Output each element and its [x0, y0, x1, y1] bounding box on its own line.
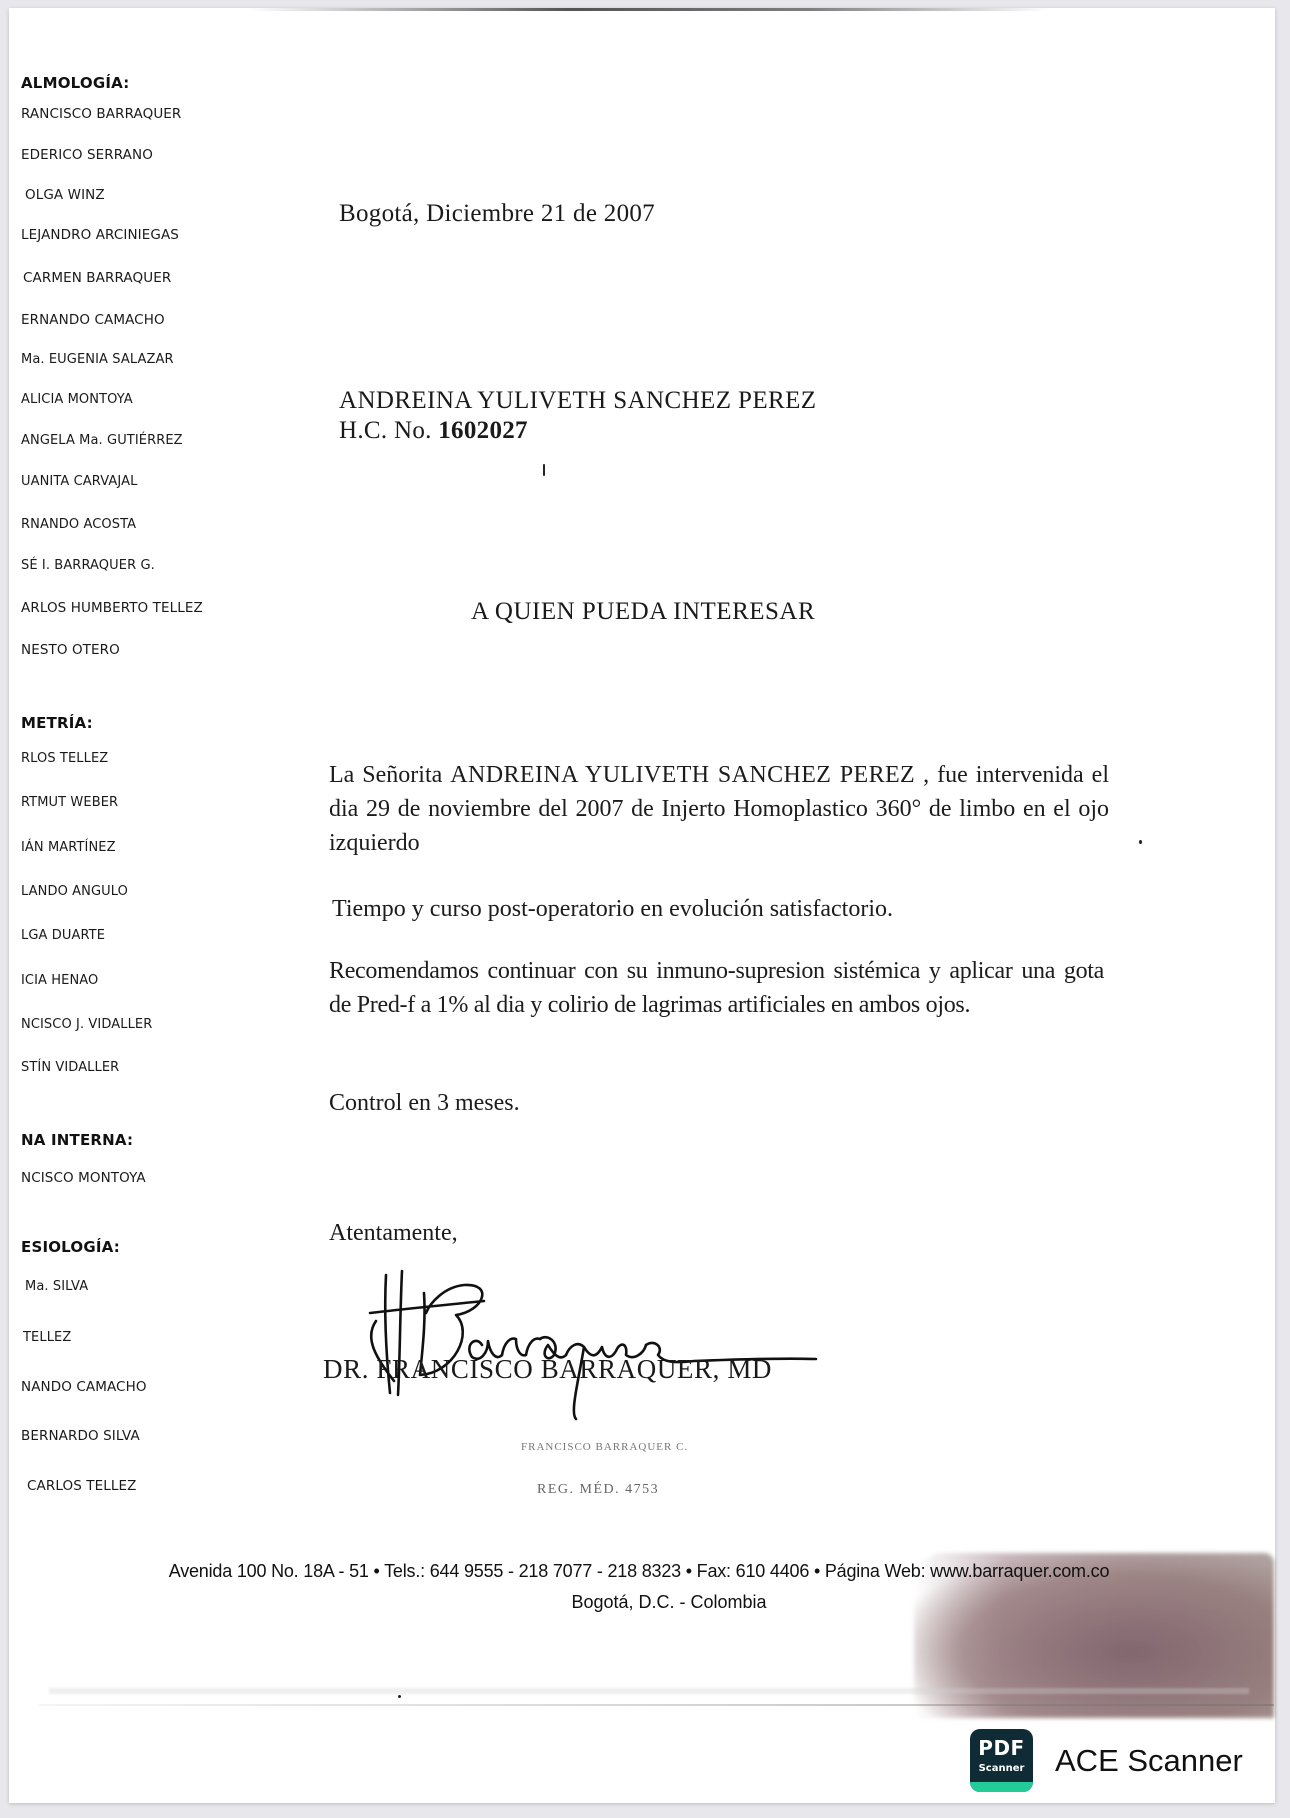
staff-name: ANGELA Ma. GUTIÉRREZ [21, 433, 183, 448]
logo-accent-band [970, 1782, 1033, 1792]
section-heading-optometria: METRÍA: [21, 714, 93, 732]
staff-name: NESTO OTERO [21, 642, 120, 658]
medical-record-number: 1602027 [438, 417, 528, 444]
footer-city: Bogotá, D.C. - Colombia [9, 1592, 1209, 1613]
staff-name: OLGA WINZ [25, 187, 105, 203]
section-heading-anestesiologia: ESIOLOGÍA: [21, 1238, 120, 1256]
scan-faint-line [49, 1688, 1249, 1694]
scan-mark [398, 1695, 401, 1698]
section-heading-medicina-interna: NA INTERNA: [21, 1131, 133, 1149]
footer-address: Avenida 100 No. 18A - 51 • Tels.: 644 95… [9, 1561, 1209, 1582]
logo-top-text: PDF [970, 1736, 1033, 1760]
staff-name: RNANDO ACOSTA [21, 517, 136, 532]
scan-edge-line [39, 1704, 1274, 1706]
staff-name: ICIA HENAO [21, 973, 98, 988]
paragraph-recommendation: Recomendamos continuar con su inmuno-sup… [329, 954, 1104, 1022]
staff-name: EDERICO SERRANO [21, 147, 153, 163]
staff-name: RLOS TELLEZ [21, 751, 108, 766]
stamp-line-2: REG. MÉD. 4753 [537, 1482, 659, 1498]
staff-name: TELLEZ [23, 1330, 71, 1345]
stamp-line-1: FRANCISCO BARRAQUER C. [521, 1441, 688, 1453]
staff-name: RANCISCO BARRAQUER [21, 106, 181, 122]
pdf-scanner-logo-icon: PDF Scanner [970, 1729, 1033, 1792]
staff-name: LEJANDRO ARCINIEGAS [21, 227, 179, 243]
staff-name: RTMUT WEBER [21, 795, 118, 810]
recipient-name: ANDREINA YULIVETH SANCHEZ PEREZ [339, 386, 816, 416]
paragraph-prefix: La Señorita [329, 762, 450, 788]
paragraph-evolution: Tiempo y curso post-operatorio en evoluc… [332, 892, 1112, 926]
staff-name: LANDO ANGULO [21, 884, 128, 899]
staff-name: LGA DUARTE [21, 928, 105, 943]
scanner-branding: PDF Scanner ACE Scanner [970, 1729, 1243, 1792]
recipient-block: ANDREINA YULIVETH SANCHEZ PEREZ H.C. No.… [339, 386, 816, 446]
staff-name: CARMEN BARRAQUER [23, 270, 171, 286]
scan-edge-artifact [249, 8, 1049, 11]
letter-date: Bogotá, Diciembre 21 de 2007 [339, 200, 655, 228]
staff-name: IÁN MARTÍNEZ [21, 840, 116, 855]
logo-bottom-text: Scanner [970, 1763, 1033, 1774]
scan-mark [1139, 840, 1142, 844]
scanned-page: ALMOLOGÍA: RANCISCO BARRAQUER EDERICO SE… [9, 8, 1275, 1803]
staff-name: ARLOS HUMBERTO TELLEZ [21, 600, 203, 616]
staff-name: STÍN VIDALLER [21, 1060, 119, 1075]
patient-name-inline: ANDREINA YULIVETH SANCHEZ PEREZ [450, 762, 915, 788]
paragraph-control: Control en 3 meses. [329, 1086, 829, 1120]
section-heading-oftalmologia: ALMOLOGÍA: [21, 74, 129, 92]
signatory-name: DR. FRANCISCO BARRAQUER, MD [323, 1354, 772, 1385]
staff-name: NCISCO MONTOYA [21, 1170, 146, 1186]
staff-name: NANDO CAMACHO [21, 1379, 147, 1395]
staff-name: Ma. SILVA [25, 1279, 88, 1294]
scan-mark [543, 464, 545, 476]
medical-record-label: H.C. No. [339, 417, 432, 444]
letter-subject: A QUIEN PUEDA INTERESAR [471, 598, 815, 626]
closing: Atentamente, [329, 1220, 458, 1247]
staff-name: BERNARDO SILVA [21, 1428, 140, 1444]
staff-name: Ma. EUGENIA SALAZAR [21, 352, 174, 367]
staff-name: SÉ I. BARRAQUER G. [21, 558, 155, 573]
staff-name: UANITA CARVAJAL [21, 474, 137, 489]
staff-name: NCISCO J. VIDALLER [21, 1017, 152, 1032]
signature-icon [364, 1263, 824, 1423]
staff-name: ERNANDO CAMACHO [21, 312, 165, 328]
staff-name: ALICIA MONTOYA [21, 392, 133, 407]
paragraph-surgery: La Señorita ANDREINA YULIVETH SANCHEZ PE… [329, 758, 1109, 860]
scanner-app-name: ACE Scanner [1055, 1743, 1243, 1779]
staff-name: CARLOS TELLEZ [27, 1478, 136, 1494]
medical-record: H.C. No. 1602027 [339, 416, 816, 446]
